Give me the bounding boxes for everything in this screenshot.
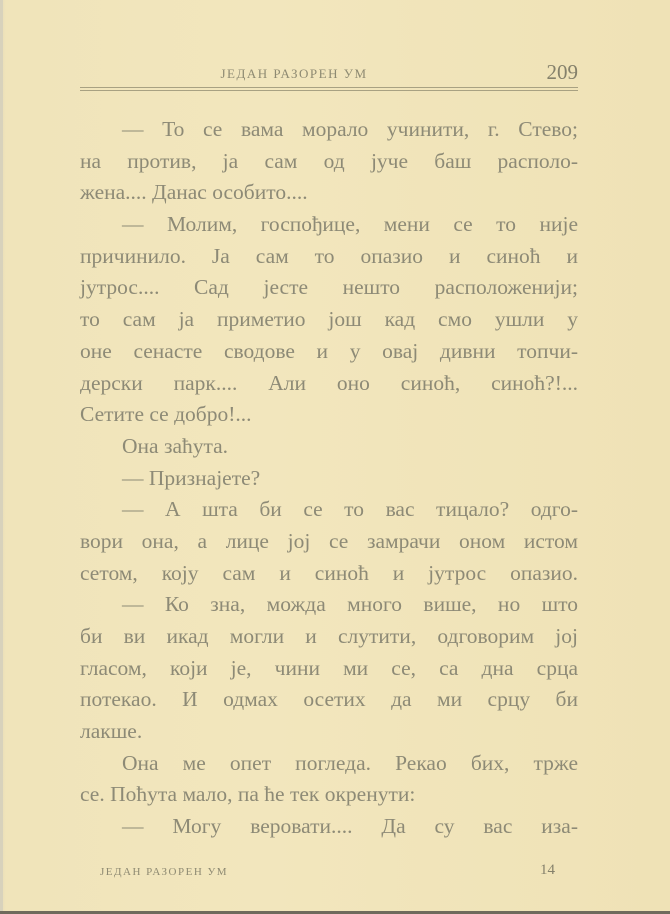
page-left-edge [0, 0, 3, 914]
text-line: потекао. И одмах осетих да ми срцу би [80, 684, 578, 716]
text-line: — То се вама морало учинити, г. Стево; [80, 114, 578, 146]
text-line: вори она, а лице јој се замрачи оном ист… [80, 526, 578, 558]
text-line: на против, ја сам од јуче баш располо- [80, 146, 578, 178]
text-line: гласом, који је, чини ми се, са дна срца [80, 653, 578, 685]
text-line: то сам ја приметио још кад смо ушли у [80, 304, 578, 336]
text-line: би ви икад могли и слутити, одговорим јо… [80, 621, 578, 653]
book-page: ЈЕДАН РАЗОРЕН УМ 209 — То се вама морало… [0, 0, 670, 914]
running-head: ЈЕДАН РАЗОРЕН УМ 209 [80, 60, 578, 86]
text-line: Она заћута. [80, 431, 578, 463]
text-line: жена.... Данас особито.... [80, 177, 578, 209]
text-line: — Могу веровати.... Да су вас иза- [80, 811, 578, 843]
text-line: дерски парк.... Али оно синоћ, синоћ?!..… [80, 368, 578, 400]
text-line: Сетите се добро!... [80, 399, 578, 431]
page-number: 209 [547, 60, 579, 85]
text-line: оне сенасте сводове и у овај дивни топчи… [80, 336, 578, 368]
text-line: се. Поћута мало, па ће тек окренути: [80, 779, 578, 811]
text-line: лакше. [80, 716, 578, 748]
body-text: — То се вама морало учинити, г. Стево; н… [80, 114, 578, 843]
text-line: причинило. Ја сам то опазио и синоћ и [80, 241, 578, 273]
header-rule-bottom [80, 90, 578, 91]
footer-signature-title: ЈЕДАН РАЗОРЕН УМ [100, 866, 228, 878]
text-line: Она ме опет погледа. Рекао бих, трже [80, 748, 578, 780]
text-line: сетом, коју сам и синоћ и јутрос опазио. [80, 558, 578, 590]
running-title: ЈЕДАН РАЗОРЕН УМ [80, 66, 578, 82]
text-line: — Ко зна, можда много више, но што [80, 589, 578, 621]
text-line: — Молим, госпођице, мени се то није [80, 209, 578, 241]
text-line: јутрос.... Сад јесте нешто расположенији… [80, 272, 578, 304]
text-line: — А шта би се то вас тицало? одго- [80, 494, 578, 526]
header-rule-top [80, 87, 578, 88]
text-line: — Признајете? [80, 463, 578, 495]
footer-signature-number: 14 [540, 862, 555, 879]
